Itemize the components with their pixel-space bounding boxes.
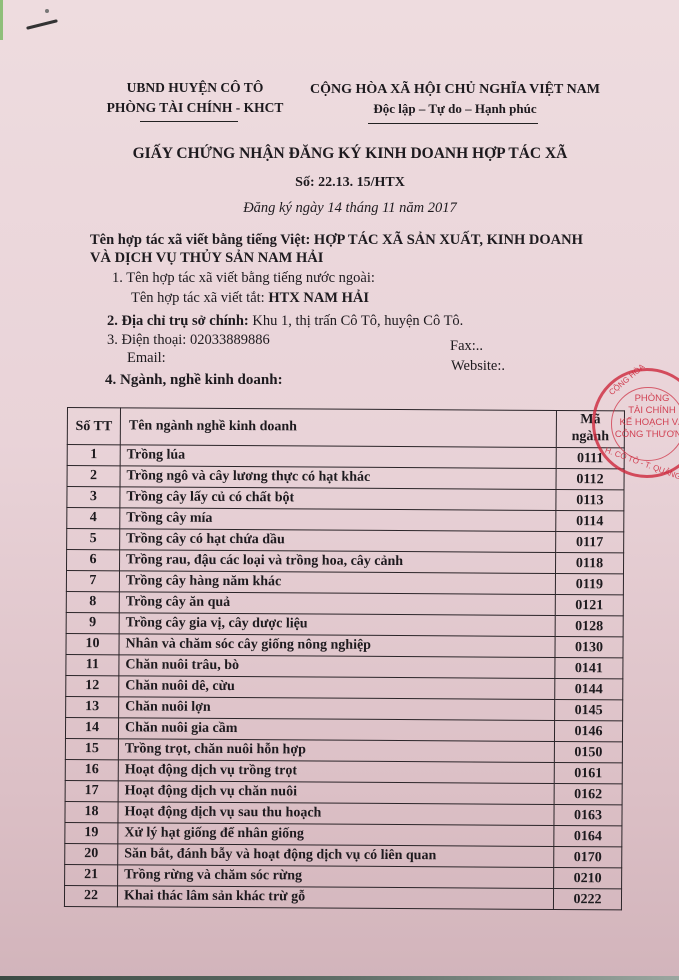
- department-name: PHÒNG TÀI CHÍNH - KHCT: [95, 98, 295, 118]
- short-name-label: Tên hợp tác xã viết tắt:: [131, 290, 265, 306]
- background-edge: [0, 976, 679, 980]
- business-line-code: 0210: [554, 867, 622, 888]
- phone: 3. Điện thoại: 02033889886: [107, 332, 270, 349]
- business-line-name: Trồng cây mía: [120, 508, 556, 532]
- row-number: 19: [65, 822, 118, 843]
- certificate-page: UBND HUYỆN CÔ TÔ PHÒNG TÀI CHÍNH - KHCT …: [0, 0, 679, 980]
- row-number: 6: [67, 550, 120, 571]
- business-line-code: 0118: [555, 552, 623, 573]
- business-line-name: Hoạt động dịch vụ trồng trọt: [118, 760, 554, 784]
- business-line-code: 0117: [556, 531, 624, 552]
- row-number: 2: [67, 466, 120, 487]
- fax: Fax:..: [450, 338, 483, 355]
- stamp-line: CÔNG THƯƠNG: [613, 429, 679, 441]
- row-number: 9: [66, 612, 119, 633]
- business-line-name: Chăn nuôi trâu, bò: [119, 655, 555, 679]
- row-number: 11: [66, 654, 119, 675]
- business-line-code: 0145: [555, 699, 623, 720]
- row-number: 13: [66, 696, 119, 717]
- national-motto: CỘNG HÒA XÃ HỘI CHỦ NGHĨA VIỆT NAM Độc l…: [305, 80, 605, 118]
- background-edge: [0, 0, 3, 40]
- coop-name-value-cont: VÀ DỊCH VỤ THỦY SẢN NAM HẢI: [90, 250, 323, 267]
- row-number: 18: [65, 801, 118, 822]
- table-row: 22Khai thác lâm sản khác trừ gỗ0222: [64, 885, 621, 909]
- row-number: 15: [65, 738, 118, 759]
- row-number: 12: [66, 675, 119, 696]
- business-line-code: 0161: [554, 762, 622, 783]
- row-number: 10: [66, 633, 119, 654]
- business-line-code: 0121: [555, 594, 623, 615]
- short-name-value: HTX NAM HẢI: [268, 290, 369, 306]
- row-number: 22: [64, 885, 117, 906]
- business-line-name: Khai thác lâm sản khác trừ gỗ: [117, 886, 553, 910]
- business-line-name: Nhân và chăm sóc cây giống nông nghiệp: [119, 634, 555, 658]
- business-line-code: 0144: [555, 678, 623, 699]
- business-lines-heading: 4. Ngành, nghề kinh doanh:: [105, 372, 283, 389]
- divider: [140, 121, 238, 122]
- business-lines-table: Số TT Tên ngành nghề kinh doanh Mã ngành…: [64, 407, 625, 910]
- business-line-code: 0112: [556, 468, 624, 489]
- row-number: 3: [67, 487, 120, 508]
- business-line-code: 0119: [555, 573, 623, 594]
- stamp-line: TÀI CHÍNH: [613, 405, 679, 417]
- header-name: Tên ngành nghề kinh doanh: [120, 408, 556, 448]
- business-line-name: Trồng trọt, chăn nuôi hỗn hợp: [118, 739, 554, 763]
- business-line-name: Xử lý hạt giống để nhân giống: [118, 823, 554, 847]
- row-number: 17: [65, 780, 118, 801]
- issuing-authority: UBND HUYỆN CÔ TÔ PHÒNG TÀI CHÍNH - KHCT: [95, 78, 295, 118]
- certificate-number: Số: 22.13. 15/HTX: [100, 175, 600, 191]
- row-number: 16: [65, 759, 118, 780]
- foreign-name: 1. Tên hợp tác xã viết bằng tiếng nước n…: [112, 270, 375, 287]
- document-title: GIẤY CHỨNG NHẬN ĐĂNG KÝ KINH DOANH HỢP T…: [100, 145, 600, 163]
- business-line-code: 0170: [554, 846, 622, 867]
- business-line-name: Chăn nuôi dê, cừu: [119, 676, 555, 700]
- row-number: 4: [67, 508, 120, 529]
- business-line-name: Trồng lúa: [120, 445, 556, 469]
- business-line-name: Trồng cây ăn quả: [119, 592, 555, 616]
- row-number: 21: [65, 864, 118, 885]
- business-line-code: 0222: [553, 888, 621, 909]
- country-name: CỘNG HÒA XÃ HỘI CHỦ NGHĨA VIỆT NAM: [305, 80, 605, 99]
- email: Email:: [127, 350, 166, 367]
- business-line-name: Trồng ngô và cây lương thực có hạt khác: [120, 466, 556, 490]
- divider: [368, 123, 538, 124]
- stamp-line: KẾ HOẠCH VÀ: [613, 417, 679, 429]
- business-line-name: Trồng cây có hạt chứa dầu: [120, 529, 556, 553]
- business-line-code: 0146: [554, 720, 622, 741]
- table-header-row: Số TT Tên ngành nghề kinh doanh Mã ngành: [67, 408, 624, 448]
- pen-mark: [26, 19, 58, 30]
- business-line-code: 0150: [554, 741, 622, 762]
- business-line-name: Trồng rau, đậu các loại và trồng hoa, câ…: [120, 550, 556, 574]
- business-line-name: Trồng cây lấy củ có chất bột: [120, 487, 556, 511]
- business-line-name: Chăn nuôi gia cầm: [118, 718, 554, 742]
- business-line-name: Trồng cây gia vị, cây dược liệu: [119, 613, 555, 637]
- pen-dot: [45, 9, 49, 13]
- business-line-code: 0130: [555, 636, 623, 657]
- business-line-code: 0114: [556, 510, 624, 531]
- business-line-code: 0141: [555, 657, 623, 678]
- row-number: 1: [67, 445, 120, 466]
- row-number: 5: [67, 529, 120, 550]
- business-line-name: Trồng cây hàng năm khác: [119, 571, 555, 595]
- address-number: 2.: [107, 313, 118, 329]
- address-line: 2. Địa chỉ trụ sở chính: Khu 1, thị trấn…: [107, 313, 463, 330]
- address-label: Địa chỉ trụ sở chính:: [122, 313, 249, 329]
- business-line-code: 0162: [554, 783, 622, 804]
- stamp-line: PHÒNG: [613, 393, 679, 405]
- header-stt: Số TT: [67, 408, 120, 445]
- coop-name-value: HỢP TÁC XÃ SẢN XUẤT, KINH DOANH: [314, 232, 583, 248]
- business-line-code: 0163: [554, 804, 622, 825]
- row-number: 14: [65, 717, 118, 738]
- business-line-code: 0113: [556, 489, 624, 510]
- business-line-code: 0164: [554, 825, 622, 846]
- address-value: Khu 1, thị trấn Cô Tô, huyện Cô Tô.: [252, 313, 463, 329]
- row-number: 7: [66, 571, 119, 592]
- business-line-name: Săn bắt, đánh bẫy và hoạt động dịch vụ c…: [118, 844, 554, 868]
- coop-name-label: Tên hợp tác xã viết bằng tiếng Việt:: [90, 232, 310, 248]
- short-name-line: Tên hợp tác xã viết tắt: HTX NAM HẢI: [131, 290, 369, 307]
- business-line-name: Hoạt động dịch vụ sau thu hoạch: [118, 802, 554, 826]
- registration-date: Đăng ký ngày 14 tháng 11 năm 2017: [100, 200, 600, 217]
- business-line-name: Trồng rừng và chăm sóc rừng: [118, 865, 554, 889]
- business-line-name: Hoạt động dịch vụ chăn nuôi: [118, 781, 554, 805]
- website: Website:.: [451, 358, 505, 375]
- row-number: 8: [66, 591, 119, 612]
- row-number: 20: [65, 843, 118, 864]
- coop-name-line: Tên hợp tác xã viết bằng tiếng Việt: HỢP…: [90, 232, 583, 249]
- business-line-name: Chăn nuôi lợn: [119, 697, 555, 721]
- business-line-code: 0128: [555, 615, 623, 636]
- stamp-text: PHÒNG TÀI CHÍNH KẾ HOẠCH VÀ CÔNG THƯƠNG: [613, 393, 679, 441]
- district-name: UBND HUYỆN CÔ TÔ: [95, 78, 295, 98]
- motto: Độc lập – Tự do – Hạnh phúc: [305, 99, 605, 118]
